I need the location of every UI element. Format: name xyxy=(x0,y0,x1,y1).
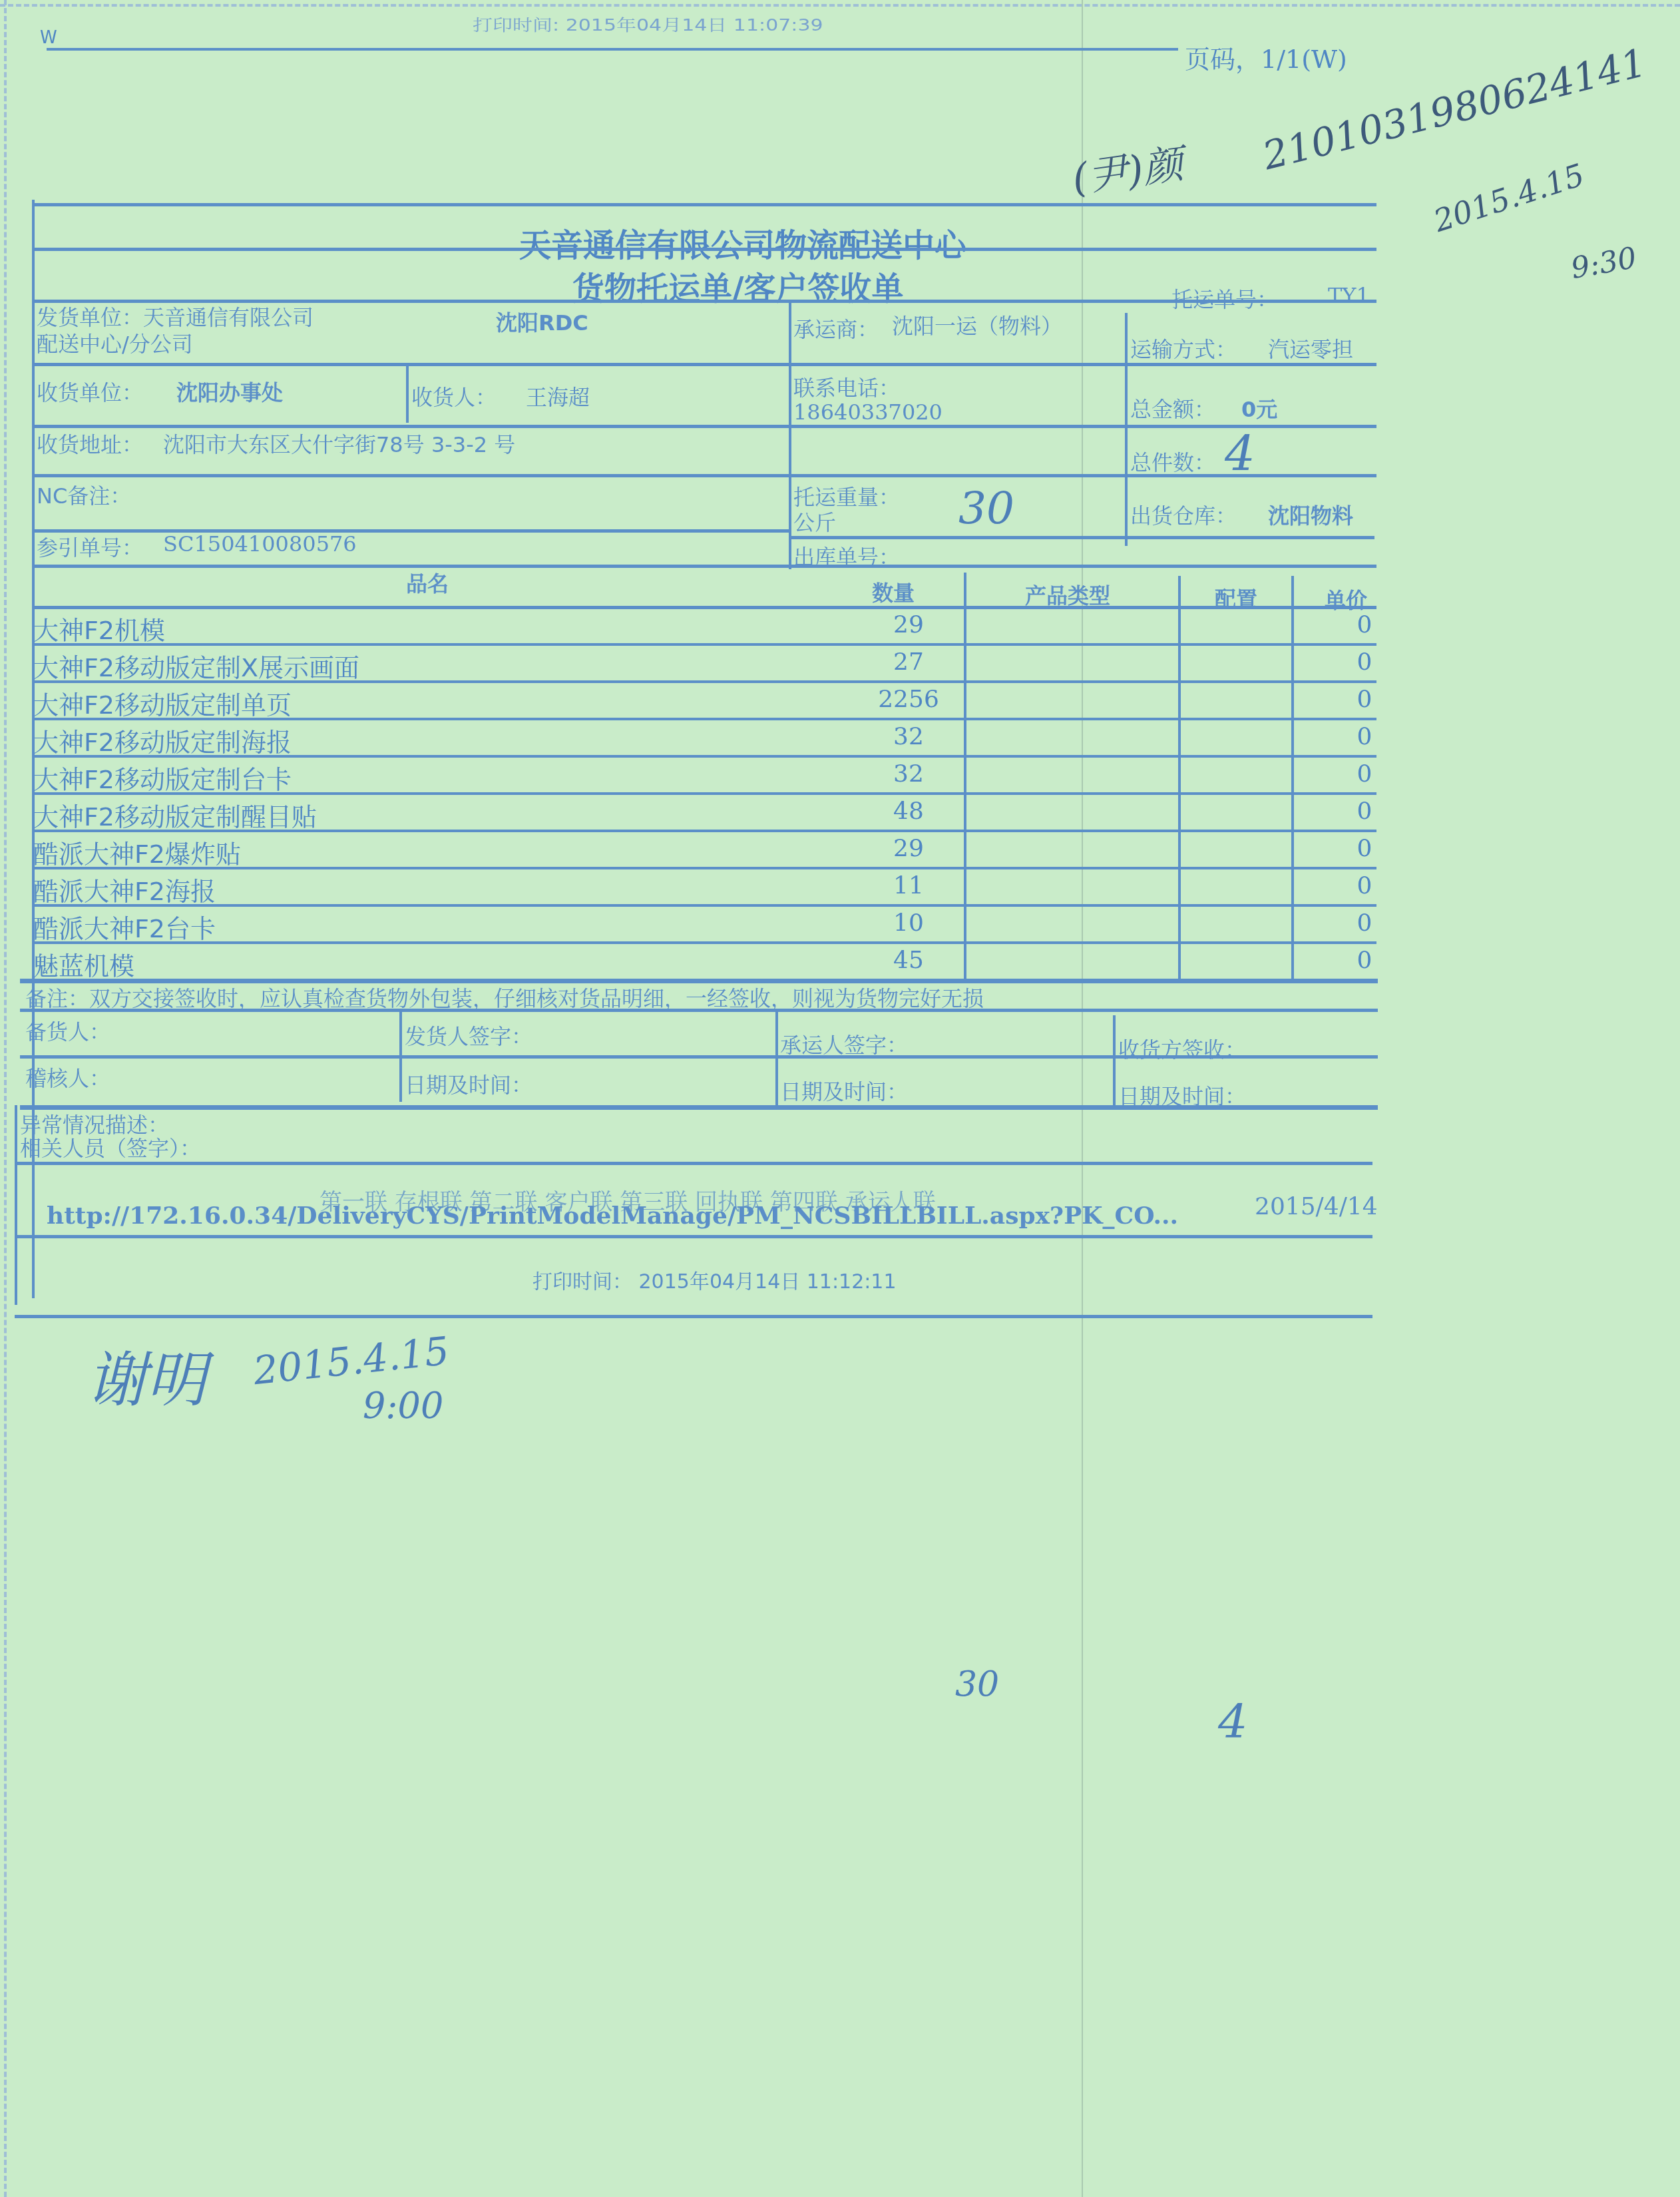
item-qty: 29 xyxy=(865,835,952,862)
rule xyxy=(15,1315,1372,1318)
item-qty: 48 xyxy=(865,798,952,825)
item-name: 大神F2机模 xyxy=(33,610,165,646)
rule xyxy=(20,1055,1378,1059)
item-qty: 11 xyxy=(865,872,952,899)
item-price: 0 xyxy=(1331,872,1398,899)
total-amount-label: 总金额： xyxy=(1130,393,1215,423)
item-price: 0 xyxy=(1331,798,1398,825)
item-price: 0 xyxy=(1331,611,1398,638)
exception-persons-label: 相关人员（签字）： xyxy=(20,1132,201,1162)
item-name: 大神F2移动版定制单页 xyxy=(33,684,292,721)
handwritten-date-top: 2015.4.15 xyxy=(1429,156,1588,239)
item-price: 0 xyxy=(1331,723,1398,750)
waybill-no-label: 托运单号： xyxy=(1171,283,1278,314)
handwritten-date-bottom: 2015.4.15 xyxy=(251,1328,451,1393)
item-qty: 32 xyxy=(865,723,952,750)
col-divider xyxy=(775,1012,778,1105)
top-print-time: 打印时间: 2015年04月14日 11:07:39 xyxy=(473,12,823,35)
page-number: 页码，1/1(W) xyxy=(1185,39,1347,75)
shipper-value-line2: 配送中心/分公司 xyxy=(37,328,193,358)
carrier-value: 沈阳一运（物料） xyxy=(892,313,1085,340)
rule xyxy=(15,1162,1372,1165)
receiver-unit-label: 收货单位： xyxy=(37,376,143,407)
item-name: 大神F2移动版定制海报 xyxy=(33,722,292,758)
transport-label: 运输方式： xyxy=(1130,333,1237,364)
item-qty: 45 xyxy=(865,947,952,974)
table-row: 酷派大神F2台卡 10 0 xyxy=(27,905,1371,943)
handwritten-signature-bottom: 谢明 xyxy=(87,1332,206,1418)
address-value: 沈阳市大东区大什字街78号 3-3-2 号 xyxy=(163,428,515,459)
rule xyxy=(32,203,1376,206)
preparer-label: 备货人： xyxy=(25,1015,110,1046)
table-row: 大神F2移动版定制X展示画面 27 0 xyxy=(27,644,1371,682)
item-name: 大神F2移动版定制X展示画面 xyxy=(33,647,359,684)
transport-value: 汽运零担 xyxy=(1268,333,1353,364)
address-label: 收货地址： xyxy=(37,428,143,459)
item-name: 酷派大神F2台卡 xyxy=(33,908,216,945)
table-row: 大神F2移动版定制台卡 32 0 xyxy=(27,756,1371,794)
table-row: 大神F2移动版定制海报 32 0 xyxy=(27,719,1371,756)
item-price: 0 xyxy=(1331,835,1398,862)
weight-value: 30 xyxy=(958,483,1014,534)
item-name: 魅蓝机模 xyxy=(33,945,134,982)
rule xyxy=(32,363,1376,366)
w-mark: W xyxy=(40,28,57,48)
footer-url: http://172.16.0.34/DeliveryCYS/PrintMode… xyxy=(47,1202,1178,1230)
weight-unit: 公斤 xyxy=(793,506,836,537)
phone-value: 18640337020 xyxy=(793,399,943,425)
table-row: 大神F2移动版定制单页 2256 0 xyxy=(27,682,1371,719)
handwritten-time-bottom: 9:00 xyxy=(363,1385,443,1427)
col-header-name: 品名 xyxy=(406,567,449,598)
item-name: 酷派大神F2爆炸贴 xyxy=(33,834,241,870)
phone-label: 联系电话： xyxy=(793,371,900,402)
table-row: 酷派大神F2海报 11 0 xyxy=(27,868,1371,905)
item-price: 0 xyxy=(1331,947,1398,974)
receiver-unit-value: 沈阳办事处 xyxy=(176,376,283,407)
waybill-no-value: TY1 xyxy=(1328,283,1370,308)
item-name: 大神F2移动版定制醒目贴 xyxy=(33,796,317,833)
table-row: 魅蓝机模 45 0 xyxy=(27,943,1371,980)
col-divider xyxy=(406,363,409,423)
shipper-sign-label: 发货人签字： xyxy=(405,1020,532,1051)
item-qty: 27 xyxy=(865,648,952,676)
handwritten-time-top: 9:30 xyxy=(1568,241,1639,286)
perforation-left xyxy=(4,0,7,2197)
handwritten-mark-lower: 4 xyxy=(1218,1694,1248,1749)
item-qty: 2256 xyxy=(865,686,952,713)
table-row: 大神F2机模 29 0 xyxy=(27,607,1371,644)
rule xyxy=(32,248,1376,251)
receiver-person-label: 收货人： xyxy=(411,381,497,411)
footer-date: 2015/4/14 xyxy=(1255,1193,1378,1220)
item-name: 大神F2移动版定制台卡 xyxy=(33,759,292,796)
company-title: 天音通信有限公司物流配送中心 xyxy=(519,220,966,266)
col-header-qty: 数量 xyxy=(872,577,915,607)
shipper-date-label: 日期及时间： xyxy=(405,1069,532,1099)
item-price: 0 xyxy=(1331,648,1398,676)
item-price: 0 xyxy=(1331,909,1398,937)
rule xyxy=(789,536,1374,539)
receiver-sign-label: 收货方签收： xyxy=(1118,1033,1246,1064)
warehouse-label: 出货仓库： xyxy=(1130,499,1237,530)
rule xyxy=(20,1105,1378,1110)
carrier-label: 承运商： xyxy=(793,313,879,344)
total-amount-value: 0元 xyxy=(1241,393,1277,423)
table-row: 酷派大神F2爆炸贴 29 0 xyxy=(27,831,1371,868)
item-price: 0 xyxy=(1331,760,1398,788)
col-divider xyxy=(1125,313,1128,546)
item-price: 0 xyxy=(1331,686,1398,713)
footer-print-time: 打印时间： 2015年04月14日 11:12:11 xyxy=(532,1265,897,1294)
auditor-label: 稽核人： xyxy=(25,1062,110,1093)
nc-note-label: NC备注： xyxy=(37,479,131,510)
table-row: 大神F2移动版定制醒目贴 48 0 xyxy=(27,794,1371,831)
total-pieces-label: 总件数： xyxy=(1130,446,1215,477)
handwritten-number-lower: 30 xyxy=(955,1664,999,1704)
receiver-person-value: 王海超 xyxy=(526,381,590,411)
form-left-border xyxy=(15,1105,17,1305)
rule xyxy=(15,1235,1372,1238)
rule xyxy=(32,529,791,533)
perforation-top xyxy=(0,4,1680,7)
ref-no-label: 参引单号： xyxy=(37,531,143,562)
col-divider xyxy=(1113,1015,1116,1108)
item-qty: 10 xyxy=(865,909,952,937)
rule xyxy=(20,1009,1378,1012)
item-name: 酷派大神F2海报 xyxy=(33,871,216,907)
ref-no-value: SC150410080576 xyxy=(163,531,357,557)
rule xyxy=(32,474,1376,477)
warehouse-value: 沈阳物料 xyxy=(1268,499,1353,530)
shipper-rdc: 沈阳RDC xyxy=(496,306,588,337)
handwritten-signature-top: (尹)颜 xyxy=(1068,132,1186,204)
rule xyxy=(32,565,1376,568)
top-rule xyxy=(47,48,1178,51)
item-qty: 32 xyxy=(865,760,952,788)
item-qty: 29 xyxy=(865,611,952,638)
carrier-date-label: 日期及时间： xyxy=(780,1075,908,1106)
